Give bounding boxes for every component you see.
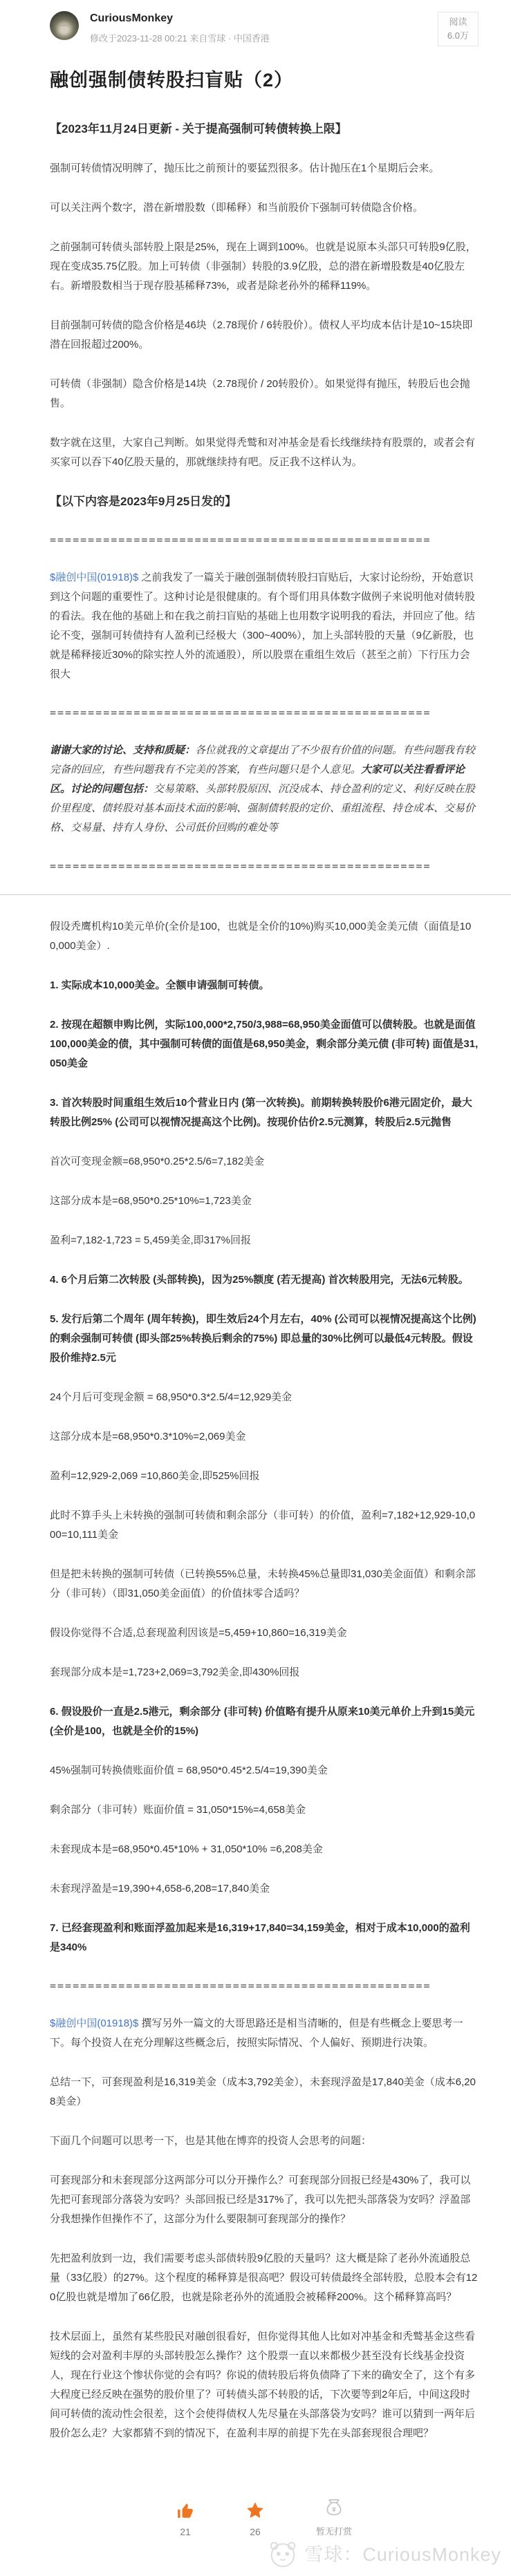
paragraph: 这部分成本是=68,950*0.3*10%=2,069美金: [50, 1427, 479, 1447]
paragraph: 技术层面上，虽然有某些股民对融创很看好，但你觉得其他人比如对冲基金和秃鹫基金这些…: [50, 2327, 479, 2443]
paragraph: 可转债（非强制）隐含价格是14块（2.78现价 / 20转股价）。如果觉得有抛压…: [50, 375, 479, 413]
paragraph: 下面几个问题可以思考一下，也是其他在博弈的投资人会思考的问题：: [50, 2132, 479, 2151]
separator-text: ========================================…: [50, 860, 479, 872]
section-rule: [0, 894, 511, 895]
post-title: 融创强制债转股扫盲贴（2）: [50, 65, 479, 92]
paragraph: 7. 已经套现盈利和账面浮盈加起来是16,319+17,840=34,159美金…: [50, 1919, 479, 1957]
text-run: 2. 按现在超额申购比例，实际100,000*2,750/3,988=68,95…: [50, 1019, 478, 1069]
paragraph: 数字就在这里，大家自己判断。如果觉得秃鹫和对冲基金是看长线继续持有股票的，或者会…: [50, 433, 479, 472]
reward-button[interactable]: 暂无打赏: [316, 2497, 352, 2537]
text-run: 【以下内容是2023年9月25日发的】: [50, 495, 236, 508]
text-run: 谢谢大家的讨论、支持和质疑：: [50, 744, 195, 756]
section-heading: 【2023年11月24日更新 - 关于提高强制可转债转换上限】: [50, 120, 479, 139]
text-run: 未套现成本是=68,950*0.45*10% + 31,050*10% =6,2…: [50, 1843, 323, 1855]
text-run: 假设你觉得不合适,总套现盈利因该是=5,459+10,860=16,319美金: [50, 1627, 347, 1639]
thumbs-up-icon: [176, 2502, 194, 2520]
paragraph: 套现部分成本是=1,723+2,069=3,792美金,即430%回报: [50, 1663, 479, 1682]
like-button[interactable]: 21: [176, 2502, 194, 2537]
text-run: 未套现浮盈是=19,390+4,658-6,208=17,840美金: [50, 1883, 270, 1895]
paragraph: 1. 实际成本10,000美金。全额申请强制可转债。: [50, 976, 479, 995]
paragraph: 这部分成本是=68,950*0.25*10%=1,723美金: [50, 1192, 479, 1211]
xueqiu-watermark: 雪球：CuriousMonkey: [267, 2537, 501, 2569]
text-run: 24个月后可变现金额 = 68,950*0.3*2.5/4=12,929美金: [50, 1391, 292, 1403]
paragraph: 可以关注两个数字，潜在新增股数（即稀释）和当前股价下强制可转债隐含价格。: [50, 198, 479, 218]
section-heading: 【以下内容是2023年9月25日发的】: [50, 492, 479, 511]
stock-link[interactable]: $融创中国(01918)$: [50, 572, 138, 583]
paragraph: 未套现浮盈是=19,390+4,658-6,208=17,840美金: [50, 1879, 479, 1899]
paragraph: 总结一下，可套现盈利是16,319美金（成本3,792美金），未套现浮盈是17,…: [50, 2073, 479, 2112]
username[interactable]: CuriousMonkey: [90, 12, 270, 26]
text-run: 先把盈利放到一边，我们需要考虑头部债转股9亿股的天量吗？这大概是除了老孙外流通股…: [50, 2253, 477, 2303]
post-header: CuriousMonkey 修改于2023-11-28 00:21 来自雪球 ·…: [50, 11, 479, 44]
paragraph: 首次可变现金额=68,950*0.25*2.5/6=7,182美金: [50, 1152, 479, 1172]
text-run: 目前强制可转债的隐含价格是46块（2.78现价 / 6转股价）。债权人平均成本估…: [50, 319, 472, 350]
text-run: 技术层面上，虽然有某些股民对融创很看好，但你觉得其他人比如对冲基金和秃鹫基金这些…: [50, 2331, 475, 2439]
money-bag-icon: [324, 2497, 344, 2518]
text-run: 可以关注两个数字，潜在新增股数（即稀释）和当前股价下强制可转债隐含价格。: [50, 202, 423, 214]
paragraph: 但是把未转换的强制可转债（已转换55%总量，未转换45%总量即31,030美金面…: [50, 1565, 479, 1604]
user-info: CuriousMonkey 修改于2023-11-28 00:21 来自雪球 ·…: [90, 11, 270, 44]
paragraph: 盈利=12,929-2,069 =10,860美金,即525%回报: [50, 1467, 479, 1486]
text-run: 盈利=12,929-2,069 =10,860美金,即525%回报: [50, 1470, 260, 1482]
paragraph: 强制可转债情况明牌了，抛压比之前预计的要猛烈很多。估计抛压在1个星期后会来。: [50, 159, 479, 178]
reward-label: 暂无打赏: [316, 2524, 352, 2537]
text-run: 盈利=7,182-1,723 = 5,459美金,即317%回报: [50, 1234, 251, 1246]
text-run: 套现部分成本是=1,723+2,069=3,792美金,即430%回报: [50, 1666, 299, 1678]
text-run: 1. 实际成本10,000美金。全额申请强制可转债。: [50, 979, 270, 991]
paragraph: 5. 发行后第二个周年 (周年转换)，即生效后24个月左右，40% (公司可以视…: [50, 1310, 479, 1368]
text-run: 此时不算手头上未转换的强制可转债和剩余部分（非可转）的价值，盈利=7,182+1…: [50, 1510, 475, 1541]
article-body: 【2023年11月24日更新 - 关于提高强制可转债转换上限】强制可转债情况明牌…: [50, 120, 479, 2443]
paragraph: 假设秃鹰机构10美元单价(全价是100，也就是全价的10%)购买10,000美金…: [50, 917, 479, 956]
text-run: 这部分成本是=68,950*0.3*10%=2,069美金: [50, 1431, 246, 1442]
stock-link[interactable]: $融创中国(01918)$: [50, 2018, 138, 2029]
paragraph: $融创中国(01918)$ 之前我发了一篇关于融创强制债转股扫盲贴后，大家讨论纷…: [50, 568, 479, 684]
text-run: 4. 6个月后第二次转股 (头部转换)，因为25%额度 (若无提高) 首次转股用…: [50, 1274, 469, 1286]
paragraph: 24个月后可变现金额 = 68,950*0.3*2.5/4=12,929美金: [50, 1388, 479, 1407]
post-page: CuriousMonkey 修改于2023-11-28 00:21 来自雪球 ·…: [0, 0, 511, 2576]
paragraph: 谢谢大家的讨论、支持和质疑：各位就我的文章提出了不少很有价值的问题。有些问题我有…: [50, 741, 479, 838]
user-avatar[interactable]: [50, 11, 79, 40]
text-run: 3. 首次转股时间重组生效后10个营业日内 (第一次转换)。前期转换转股价6港元…: [50, 1097, 472, 1128]
xueqiu-logo-icon: [267, 2537, 299, 2569]
read-count-box: 阅读 6.0万: [438, 12, 479, 46]
text-run: 首次可变现金额=68,950*0.25*2.5/6=7,182美金: [50, 1156, 264, 1167]
paragraph: 未套现成本是=68,950*0.45*10% + 31,050*10% =6,2…: [50, 1840, 479, 1859]
text-run: 这部分成本是=68,950*0.25*10%=1,723美金: [50, 1195, 252, 1207]
paragraph: 6. 假设股价一直是2.5港元，剩余部分 (非可转) 价值略有提升从原来10美元…: [50, 1702, 479, 1741]
text-run: 可转债（非强制）隐含价格是14块（2.78现价 / 20转股价）。如果觉得有抛压…: [50, 378, 470, 409]
paragraph: 可套现部分和未套现部分这两部分可以分开操作么？可套现部分回报已经是430%了，我…: [50, 2171, 479, 2229]
text-run: 45%强制可转换债账面价值 = 68,950*0.45*2.5/4=19,390…: [50, 1765, 328, 1776]
text-run: 假设秃鹰机构10美元单价(全价是100，也就是全价的10%)购买10,000美金…: [50, 921, 471, 952]
paragraph: 此时不算手头上未转换的强制可转债和剩余部分（非可转）的价值，盈利=7,182+1…: [50, 1506, 479, 1545]
separator-text: ========================================…: [50, 1980, 479, 1992]
text-run: 强制可转债情况明牌了，抛压比之前预计的要猛烈很多。估计抛压在1个星期后会来。: [50, 162, 439, 174]
paragraph: 先把盈利放到一边，我们需要考虑头部债转股9亿股的天量吗？这大概是除了老孙外流通股…: [50, 2249, 479, 2307]
action-bar: 21 26 暂无打赏: [50, 2497, 479, 2537]
paragraph: 45%强制可转换债账面价值 = 68,950*0.45*2.5/4=19,390…: [50, 1761, 479, 1780]
like-count: 21: [176, 2526, 194, 2537]
text-run: 之前强制可转债头部转股上限是25%，现在上调到100%。也就是说原本头部只可转股…: [50, 241, 476, 292]
paragraph: 3. 首次转股时间重组生效后10个营业日内 (第一次转换)。前期转换转股价6港元…: [50, 1093, 479, 1132]
text-run: 6. 假设股价一直是2.5港元，剩余部分 (非可转) 价值略有提升从原来10美元…: [50, 1706, 474, 1737]
paragraph: 4. 6个月后第二次转股 (头部转换)，因为25%额度 (若无提高) 首次转股用…: [50, 1270, 479, 1290]
text-run: 7. 已经套现盈利和账面浮盈加起来是16,319+17,840=34,159美金…: [50, 1922, 470, 1953]
favorite-count: 26: [245, 2526, 265, 2537]
text-run: 总结一下，可套现盈利是16,319美金（成本3,792美金），未套现浮盈是17,…: [50, 2076, 476, 2107]
paragraph: 假设你觉得不合适,总套现盈利因该是=5,459+10,860=16,319美金: [50, 1624, 479, 1643]
separator-text: ========================================…: [50, 534, 479, 546]
text-run: 之前我发了一篇关于融创强制债转股扫盲贴后，大家讨论纷纷，开始意识到这个问题的重要…: [50, 572, 475, 680]
text-run: 5. 发行后第二个周年 (周年转换)，即生效后24个月左右，40% (公司可以视…: [50, 1313, 476, 1364]
favorite-button[interactable]: 26: [245, 2501, 265, 2537]
read-value: 6.0万: [447, 29, 469, 43]
paragraph: 目前强制可转债的隐含价格是46块（2.78现价 / 6转股价）。债权人平均成本估…: [50, 316, 479, 355]
text-run: 下面几个问题可以思考一下，也是其他在博弈的投资人会思考的问题：: [50, 2135, 371, 2147]
separator-text: ========================================…: [50, 706, 479, 719]
text-run: 但是把未转换的强制可转债（已转换55%总量，未转换45%总量即31,030美金面…: [50, 1568, 476, 1599]
text-run: 可套现部分和未套现部分这两部分可以分开操作么？可套现部分回报已经是430%了，我…: [50, 2174, 470, 2225]
paragraph: 之前强制可转债头部转股上限是25%，现在上调到100%。也就是说原本头部只可转股…: [50, 238, 479, 296]
watermark-text: 雪球：CuriousMonkey: [304, 2539, 501, 2566]
text-run: 剩余部分（非可转）账面价值 = 31,050*15%=4,658美金: [50, 1804, 306, 1816]
post-meta: 修改于2023-11-28 00:21 来自雪球 · 中国香港: [90, 31, 270, 44]
read-label: 阅读: [447, 15, 469, 29]
paragraph: $融创中国(01918)$ 撰写另外一篇文的大哥思路还是相当清晰的，但是有些概念…: [50, 2014, 479, 2053]
paragraph: 剩余部分（非可转）账面价值 = 31,050*15%=4,658美金: [50, 1801, 479, 1820]
paragraph: 2. 按现在超额申购比例，实际100,000*2,750/3,988=68,95…: [50, 1015, 479, 1073]
text-run: 数字就在这里，大家自己判断。如果觉得秃鹫和对冲基金是看长线继续持有股票的，或者会…: [50, 437, 475, 468]
paragraph: 盈利=7,182-1,723 = 5,459美金,即317%回报: [50, 1231, 479, 1250]
star-icon: [245, 2501, 265, 2520]
text-run: 【2023年11月24日更新 - 关于提高强制可转债转换上限】: [50, 122, 347, 135]
